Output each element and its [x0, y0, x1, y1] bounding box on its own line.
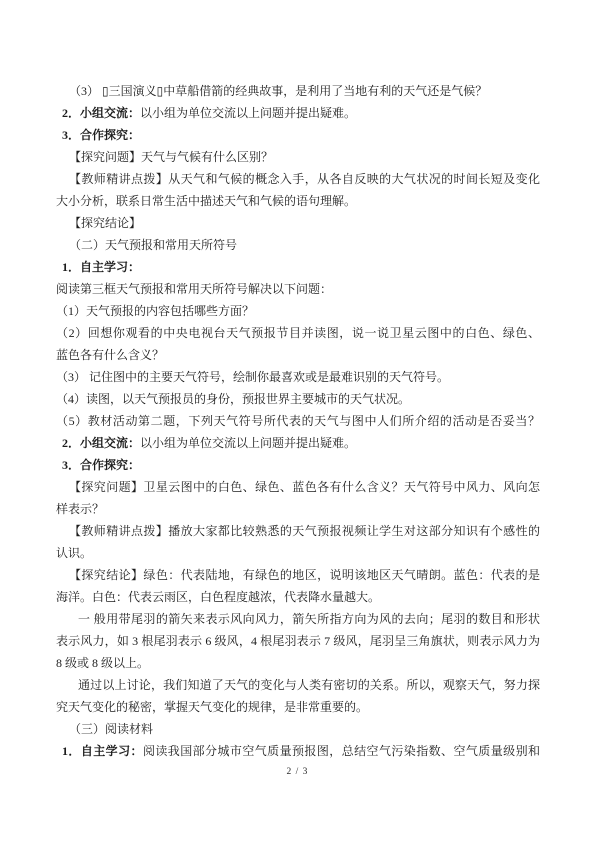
line-text: （三）阅读材料	[69, 722, 153, 736]
line-text: 蓝色各有什么含义？	[56, 348, 164, 362]
line-text: （4）读图，以天气预报员的身份，预报世界主要城市的天气状况。	[56, 392, 410, 406]
line-text: 以小组为单位交流以上问题并提出疑难。	[140, 106, 356, 120]
line-text: 一 般用带尾羽的箭矢来表示风向风力，箭矢所指方向为风的去向；尾羽的数目和形状	[78, 612, 540, 626]
line-bold-label: 2．小组交流：	[62, 436, 140, 450]
line-text: 【探究问题】卫星云图中的白色、绿色、蓝色各有什么含义？天气符号中风力、风向怎	[69, 480, 540, 494]
line-text: （二）天气预报和常用天所符号	[69, 238, 237, 252]
text-line: 究天气变化的秘密，掌握天气变化的规律，是非常重要的。	[56, 696, 540, 718]
line-text: 通过以上讨论，我们知道了天气的变化与人类有密切的关系。所以，观察天气，努力探	[78, 678, 540, 692]
text-line: 【教师精讲点拨】从天气和气候的概念入手，从各自反映的大气状况的时间长短及变化	[56, 168, 540, 190]
text-line: 【探究结论】	[56, 212, 540, 234]
line-text: （3） 记住图中的主要天气符号，绘制你最喜欢或是最难识别的天气符号。	[56, 370, 449, 384]
text-line: 3．合作探究：	[56, 124, 540, 146]
text-line: 1．自主学习：阅读我国部分城市空气质量预报图，总结空气污染指数、空气质量级别和	[56, 740, 540, 762]
text-line: 大小分析，联系日常生活中描述天气和气候的语句理解。	[56, 190, 540, 212]
document-page: （3） ▯三国演义▯中草船借箭的经典故事，是利用了当地有利的天气还是气候？2．小…	[0, 0, 595, 841]
line-text: 【教师精讲点拨】从天气和气候的概念入手，从各自反映的大气状况的时间长短及变化	[69, 172, 540, 186]
line-bold-label: 1．自主学习：	[62, 260, 140, 274]
line-text: 8 级或 8 级以上。	[56, 656, 149, 670]
page-number-footer: 2 / 3	[0, 767, 595, 777]
text-line: 样表示？	[56, 498, 540, 520]
text-line: 表示风力，如 3 根尾羽表示 6 级风，4 根尾羽表示 7 级风，尾羽呈三角旗状…	[56, 630, 540, 652]
text-line: 8 级或 8 级以上。	[56, 652, 540, 674]
line-text: 海洋。白色：代表云雨区，白色程度越浓，代表降水量越大。	[56, 590, 380, 604]
line-bold-label: 1．自主学习：	[62, 744, 143, 758]
line-text: 样表示？	[56, 502, 104, 516]
text-line: 【探究问题】天气与气候有什么区别？	[56, 146, 540, 168]
line-text: （1）天气预报的内容包括哪些方面？	[56, 304, 254, 318]
text-line: 【探究结论】绿色：代表陆地，有绿色的地区，说明该地区天气晴朗。蓝色：代表的是	[56, 564, 540, 586]
text-line: （1）天气预报的内容包括哪些方面？	[56, 300, 540, 322]
line-bold-label: 2．小组交流：	[62, 106, 140, 120]
text-line: 海洋。白色：代表云雨区，白色程度越浓，代表降水量越大。	[56, 586, 540, 608]
line-bold-label: 3．合作探究：	[62, 458, 140, 472]
text-line: （3） ▯三国演义▯中草船借箭的经典故事，是利用了当地有利的天气还是气候？	[56, 80, 540, 102]
text-line: 2．小组交流：以小组为单位交流以上问题并提出疑难。	[56, 102, 540, 124]
text-line: （4）读图，以天气预报员的身份，预报世界主要城市的天气状况。	[56, 388, 540, 410]
line-text: 认识。	[56, 546, 92, 560]
line-text: （5）教材活动第二题，下列天气符号所代表的天气与图中人们所介绍的活动是否妥当？	[56, 414, 540, 428]
line-text: 阅读第三框天气预报和常用天所符号解决以下问题：	[56, 282, 332, 296]
text-line: 【探究问题】卫星云图中的白色、绿色、蓝色各有什么含义？天气符号中风力、风向怎	[56, 476, 540, 498]
text-line: 【教师精讲点拨】播放大家都比较熟悉的天气预报视频让学生对这部分知识有个感性的	[56, 520, 540, 542]
text-line: （二）天气预报和常用天所符号	[56, 234, 540, 256]
line-text: 【探究结论】绿色：代表陆地，有绿色的地区，说明该地区天气晴朗。蓝色：代表的是	[69, 568, 540, 582]
text-line: 一 般用带尾羽的箭矢来表示风向风力，箭矢所指方向为风的去向；尾羽的数目和形状	[56, 608, 540, 630]
document-body: （3） ▯三国演义▯中草船借箭的经典故事，是利用了当地有利的天气还是气候？2．小…	[56, 80, 540, 762]
line-text: （2）回想你观看的中央电视台天气预报节目并读图，说一说卫星云图中的白色、绿色、	[56, 326, 540, 340]
text-line: （3） 记住图中的主要天气符号，绘制你最喜欢或是最难识别的天气符号。	[56, 366, 540, 388]
line-text: 究天气变化的秘密，掌握天气变化的规律，是非常重要的。	[56, 700, 368, 714]
text-line: 通过以上讨论，我们知道了天气的变化与人类有密切的关系。所以，观察天气，努力探	[56, 674, 540, 696]
text-line: 认识。	[56, 542, 540, 564]
text-line: 阅读第三框天气预报和常用天所符号解决以下问题：	[56, 278, 540, 300]
line-text: 大小分析，联系日常生活中描述天气和气候的语句理解。	[56, 194, 356, 208]
line-text: （3） ▯三国演义▯中草船借箭的经典故事，是利用了当地有利的天气还是气候？	[69, 84, 487, 98]
text-line: 2．小组交流：以小组为单位交流以上问题并提出疑难。	[56, 432, 540, 454]
line-text: 阅读我国部分城市空气质量预报图，总结空气污染指数、空气质量级别和	[143, 744, 540, 758]
text-line: 3．合作探究：	[56, 454, 540, 476]
text-line: （2）回想你观看的中央电视台天气预报节目并读图，说一说卫星云图中的白色、绿色、	[56, 322, 540, 344]
line-text: 【探究结论】	[69, 216, 141, 230]
line-bold-label: 3．合作探究：	[62, 128, 140, 142]
text-line: 蓝色各有什么含义？	[56, 344, 540, 366]
line-text: 【探究问题】天气与气候有什么区别？	[69, 150, 273, 164]
page-number: 2 / 3	[287, 767, 309, 777]
text-line: 1．自主学习：	[56, 256, 540, 278]
line-text: 【教师精讲点拨】播放大家都比较熟悉的天气预报视频让学生对这部分知识有个感性的	[69, 524, 540, 538]
text-line: （5）教材活动第二题，下列天气符号所代表的天气与图中人们所介绍的活动是否妥当？	[56, 410, 540, 432]
text-line: （三）阅读材料	[56, 718, 540, 740]
line-text: 以小组为单位交流以上问题并提出疑难。	[140, 436, 356, 450]
line-text: 表示风力，如 3 根尾羽表示 6 级风，4 根尾羽表示 7 级风，尾羽呈三角旗状…	[56, 634, 540, 648]
